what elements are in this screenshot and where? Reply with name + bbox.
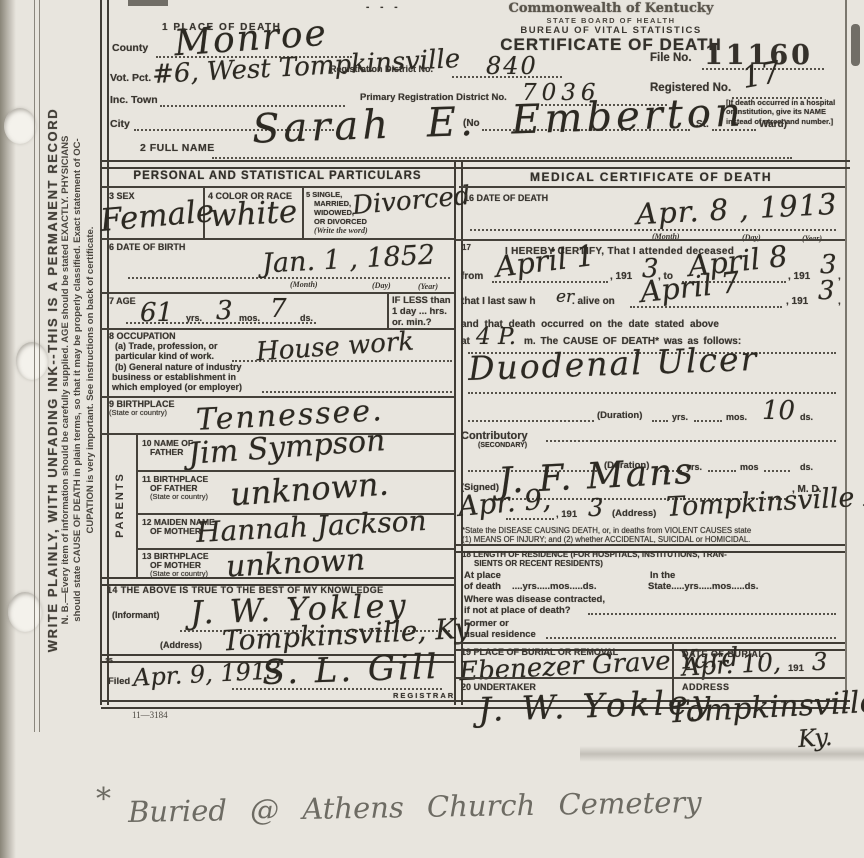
personal-section-title: PERSONAL AND STATISTICAL PARTICULARS [101,170,454,182]
comma: , [838,271,841,282]
age-ds-value: 7 [270,294,287,324]
residence-label-2: SIENTS OR RECENT RESIDENTS) [474,559,603,568]
date-of-death-label: 16 DATE OF DEATH [464,193,548,203]
margin-nb-line3: CUPATION is very important. See instruct… [85,55,97,705]
age-mos-value: 3 [216,296,233,326]
signed-year-printed: , 191 [556,509,577,520]
dotted-line [732,97,822,99]
comma: , [838,296,841,307]
signed-date-value: Apr. 9, [457,482,552,523]
dotted-line [694,420,722,422]
mother-name-value: Hannah Jackson [195,504,427,549]
mother-name-label-2: OF MOTHER [150,526,201,536]
parents-inset-divider [136,433,138,578]
at-label: at [461,336,470,347]
certify-item-number: 17 [462,243,471,252]
at-time-value: 4 P. [476,324,516,350]
duration-label: (Duration) [597,410,642,421]
filed-item-number: 15 [105,658,113,665]
top-cutoff-marks: - - - [366,2,402,13]
rule [101,238,454,240]
in-the-label: In the [650,570,675,581]
file-no-label: File No. [650,52,692,64]
last-saw-label: that I last saw h [461,296,535,307]
rule [459,186,845,188]
dotted-line [468,392,836,394]
duration-ds-label: ds. [800,412,813,422]
former-label-2: usual residence [464,629,536,640]
duration-mos-label: mos. [726,412,747,422]
duration-ds-value: 10 [762,396,795,426]
marital-label-5: (Write the word) [314,226,368,235]
medical-section-title: MEDICAL CERTIFICATE OF DEATH [456,170,846,184]
dotted-line [212,157,792,159]
state-dots: State.....yrs.....mos.....ds. [648,581,758,592]
dotted-line [232,688,442,690]
margin-instructions: WRITE PLAINLY, WITH UNFADING INK--THIS I… [45,55,101,705]
if-less-label-1: IF LESS than [392,295,451,306]
commonwealth-title: Commonwealth of Kentucky [456,1,766,16]
duration2-ds-label: ds. [800,462,813,472]
seen-year-value: 3 [818,276,835,306]
dotted-line [232,360,452,362]
dotted-line [546,637,836,639]
attended-from-value: April 1 [493,238,596,284]
frame-left-border [100,0,109,705]
secondary-label: (SECONDARY) [478,442,527,449]
dotted-line [468,420,594,422]
age-mos-label: mos. [239,313,260,323]
cause-footnote-2: (1) MEANS OF INJURY; and (2) whether ACC… [462,535,750,544]
frame-right-border [845,0,847,705]
burial-year-printed: 191 [788,663,804,674]
death-certificate-scan: WRITE PLAINLY, WITH UNFADING INK--THIS I… [0,0,864,858]
vot-pct-label: Vot. Pct. [110,72,151,84]
registrar-signature: S. L. Gill [261,647,440,693]
occupation-b2: business or establishment in [112,372,236,382]
race-value: white [209,194,298,235]
page-fold-line [34,0,40,732]
dob-value: Jan. 1 , 1852 [261,239,436,279]
age-ds-label: ds. [300,313,313,323]
margin-bold-line: WRITE PLAINLY, WITH UNFADING INK--THIS I… [45,55,60,705]
cell-divider [387,292,389,328]
margin-nb-line1: N. B.—Every item of information should b… [60,55,72,705]
header-divider-line [101,160,850,169]
at-place-dots: ....yrs.....mos.....ds. [512,581,596,592]
rule [456,677,845,679]
from-year-printed: , 191 [610,271,632,282]
punch-hole [4,108,36,144]
to-year-printed: , 191 [788,271,810,282]
of-death-label: of death [464,581,501,592]
dob-month-label: (Month) [290,280,318,289]
contributory-label: Contributory [461,430,528,442]
age-label: 7 AGE [109,296,136,306]
full-name-label: 2 FULL NAME [140,142,215,154]
county-label: County [112,42,148,54]
alive-on-label: . alive on [572,296,615,307]
duration2-mos-label: mos [740,462,759,472]
dotted-line [262,391,452,393]
burial-year-value: 3 [812,648,827,676]
dotted-line [764,470,790,472]
marital-label-3: WIDOWED, [314,208,354,217]
scan-artifact [851,24,860,66]
occupation-label: 8 OCCUPATION [109,331,176,341]
full-name-value: Sarah E. Emberton [251,89,745,152]
registration-district-label: Registration District No. [330,64,433,74]
annotation-star: * [96,782,111,817]
city-label: City [110,118,130,130]
physician-address-label: (Address) [612,508,656,519]
inc-town-label: Inc. Town [110,94,158,106]
seen-year-printed: , 191 [786,296,808,307]
rule [456,239,845,241]
informant-label: (Informant) [112,610,160,620]
punch-hole [16,342,48,380]
registered-no-value: 17 [739,55,783,96]
birthplace-state-label: (State or country) [109,408,167,417]
dotted-line [588,613,836,615]
dob-day-label: (Day) [372,281,391,290]
informant-address-label: (Address) [160,640,202,650]
filed-label: Filed [108,676,130,687]
dob-label: 6 DATE OF BIRTH [109,242,185,252]
occupation-b3: which employed (or employer) [112,382,242,392]
dotted-line [492,281,608,283]
dotted-line [708,470,736,472]
margin-nb-line2: should state CAUSE OF DEATH in plain ter… [72,55,84,705]
registrar-label: REGISTRAR [393,691,455,700]
contracted-label-1: Where was disease contracted, [464,594,605,605]
age-yrs-label: yrs. [186,313,202,323]
occupation-b1: (b) General nature of industry [115,362,242,372]
form-number: 11—3184 [132,710,168,720]
marital-label-2: MARRIED, [314,199,351,208]
contracted-label-2: if not at place of death? [464,605,571,616]
cell-divider [302,186,304,238]
occupation-a1: (a) Trade, profession, or [115,341,218,351]
duration-yrs-label: yrs. [672,412,688,422]
father-name-label-2: FATHER [150,447,183,457]
from-label: from [461,271,483,282]
marital-label-1: 5 SINGLE, [306,190,342,199]
cause-footnote-1: *State the DISEASE CAUSING DEATH, or, in… [462,526,751,535]
occupation-a2: particular kind of work. [115,351,214,361]
burial-annotation: Buried @ Athens Church Cemetery [128,785,702,829]
dotted-line [652,420,668,422]
age-yrs-value: 61 [140,298,173,328]
parents-label: PARENTS [114,460,130,550]
state-board-title: STATE BOARD OF HEALTH [456,16,766,25]
at-place-label: At place [464,570,501,581]
registration-district-value: 840 [486,52,538,80]
dob-year-label: (Year) [418,282,438,291]
if-less-label-2: 1 day ... hrs. [392,306,447,317]
former-label-1: Former or [464,618,509,629]
date-of-death-value: Apr. 8 , 1913 [635,187,838,232]
father-birthplace-label-3: (State or country) [150,492,208,501]
dotted-line [546,440,836,442]
signed-year-value: 3 [588,494,603,522]
residence-label-1: 18 LENGTH OF RESIDENCE (FOR HOSPITALS, I… [462,550,727,559]
dotted-line [506,518,554,520]
scan-artifact [128,0,168,6]
dotted-line [630,306,782,308]
undertaker-address-value-2: Ky. [797,723,833,753]
